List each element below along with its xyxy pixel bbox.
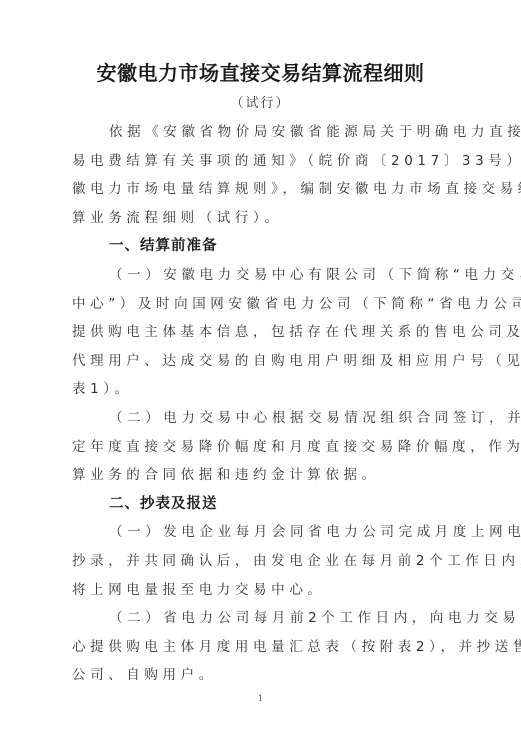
paragraph-line: 心提供购电主体月度用电量汇总表（按附表2），并抄送售电 (72, 633, 452, 662)
paragraph-line: 中心”）及时向国网安徽省电力公司（下简称“省电力公司”） (72, 290, 452, 319)
paragraph-line: 定年度直接交易降价幅度和月度直接交易降价幅度，作为结 (72, 433, 452, 462)
paragraph-line: 将上网电量报至电力交易中心。 (72, 576, 452, 605)
paragraph-line: （二）电力交易中心根据交易情况组织合同签订，并确 (72, 404, 452, 433)
document-body: 依据《安徽省物价局安徽省能源局关于明确电力直接交 易电费结算有关事项的通知》（皖… (72, 118, 452, 690)
paragraph-line: 依据《安徽省物价局安徽省能源局关于明确电力直接交 (72, 118, 452, 147)
paragraph-line: （一）安徽电力交易中心有限公司（下简称“电力交易 (72, 261, 452, 290)
section-heading: 一、结算前准备 (72, 232, 452, 261)
section-heading: 二、抄表及报送 (72, 490, 452, 519)
paragraph-line: 徽电力市场电量结算规则》，编制安徽电力市场直接交易结 (72, 175, 452, 204)
paragraph-line: 公司、自购用户。 (72, 661, 452, 690)
paragraph-line: 抄录，并共同确认后，由发电企业在每月前2个工作日内， (72, 547, 452, 576)
paragraph-line: 算业务的合同依据和违约金计算依据。 (72, 461, 452, 490)
document-title: 安徽电力市场直接交易结算流程细则 (0, 57, 521, 86)
paragraph-line: （一）发电企业每月会同省电力公司完成月度上网电量 (72, 518, 452, 547)
paragraph-line: 算业务流程细则（试行）。 (72, 204, 452, 233)
document-subtitle: （试行） (0, 92, 521, 111)
document-page: 安徽电力市场直接交易结算流程细则 （试行） 依据《安徽省物价局安徽省能源局关于明… (0, 0, 521, 745)
paragraph-line: 易电费结算有关事项的通知》（皖价商〔2017〕33号）及《安 (72, 147, 452, 176)
paragraph-line: （二）省电力公司每月前2个工作日内，向电力交易中 (72, 604, 452, 633)
paragraph-line: 代理用户、达成交易的自购电用户明细及相应用户号（见附 (72, 347, 452, 376)
page-number: 1 (0, 694, 521, 703)
paragraph-line: 表1）。 (72, 375, 452, 404)
paragraph-line: 提供购电主体基本信息，包括存在代理关系的售电公司及其 (72, 318, 452, 347)
